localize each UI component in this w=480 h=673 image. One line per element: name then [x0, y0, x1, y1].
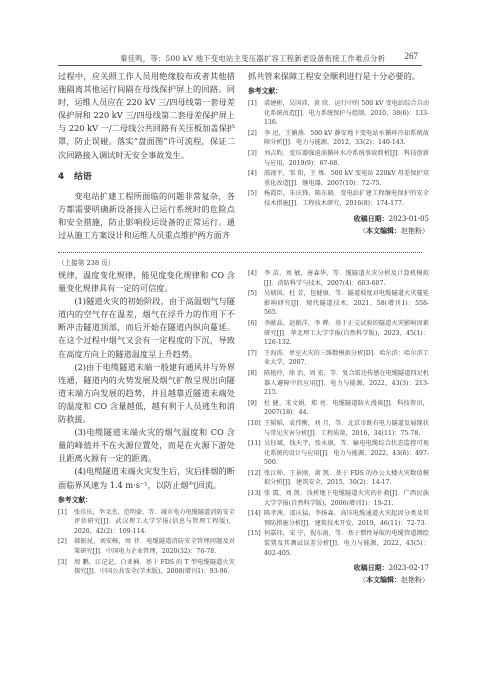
conclusion-continued: 抓共管来保障工程安全顺利进行是十分必要的。	[248, 70, 429, 83]
article1-left-column: 过程中，应关照工作人员用绝缘胶布或者其他措施隔离其他运行间隔在母线保护屏上的回路…	[58, 70, 235, 242]
article2-right-column: [4]李 苗，刘 敏，唐森华，等．缆隧道火灾分析及计算机模拟[J]．消防科学与技…	[248, 269, 429, 586]
received-date: 收稿日期：2023-01-05	[248, 213, 429, 225]
received-date: 收稿日期：2023-02-17	[248, 562, 429, 574]
section-number: 4	[58, 172, 64, 182]
references-heading: 参考文献：	[248, 86, 429, 97]
reference-item: [5]杨霞臣，朱庆锋，陈东晓．变电站扩建工程继电保护的安全技术措施[J]．工程技…	[248, 189, 429, 208]
running-title: 秦佳鸣，等：500 kV 地下变电站主变压器扩容工程新老设备衔接工作难点分析	[120, 53, 385, 64]
header-rule	[58, 65, 422, 66]
reference-item: [4]邵视平，邹 阳，王 炼．500 kV 变电站 220kV 母差保护双重化改…	[248, 169, 429, 188]
reference-list: [1]裘建彬，吴国沛，黄 欣．运行中的 500 kV 变电站综合自动化系统改造[…	[248, 99, 429, 209]
reference-item: [2]李 迅，王媚燕．500 kV 静安地下变电站水循环冷却系统故障分析[J]．…	[248, 129, 429, 148]
reference-item: [8]陈艳玲，徐 治，周 宏，等．复合雷达传感在电缆隧道四足机器人避障中的应用[…	[248, 369, 429, 398]
editor-credit: （本文编辑：赵艳粉）	[248, 574, 429, 586]
reference-item: [10]王韬韬，袁伟衡，刘 月，等．北京市既有电力隧道发展现状与常见灾害分析[J…	[248, 419, 429, 438]
body-paragraph: (2)由于电缆隧道末端一般建有通风井与外界连通，隧道内的火势发展及烟气扩散呈现出…	[58, 361, 235, 426]
page-number: 267	[405, 51, 419, 61]
reference-item: [5]吴炳国，杜 芳，包健康，等．隧道坡度对电缆隧道火灾蔓延影响研究[J]．现代…	[248, 289, 429, 318]
section-heading: 4结语	[58, 171, 235, 184]
reference-item: [7]王海涛．单室火灾的三维数模拟分析[D]．哈尔滨：哈尔滨工业大学，2007.	[248, 349, 429, 368]
article1-right-column: 抓共管来保障工程安全顺利进行是十分必要的。 参考文献： [1]裘建彬，吴国沛，黄…	[248, 70, 429, 237]
reference-item: [11]吴钰斌，钱天宇，张永康，等．输电电缆综合状态监控可视化系统的设计与应用[…	[248, 439, 429, 468]
reference-item: [2]郝振昆，刘安畅，周 菲．电缆隧道消防安全管理问题及对策研究[J]．中国电力…	[58, 537, 235, 556]
reference-item: [15]何嘉玮，宋 宁，倪东雨，等．基于惯性导航的电缆管道测绘装置及其测试误差分…	[248, 529, 429, 558]
conclusion-paragraph: 变电站扩建工程所面临的问题非常复杂，各方都需要明确新设备接入已运行系统时的危险点…	[58, 190, 235, 242]
reference-list: [1]张佳庆，李文杰，范明豪，等．城市电力电缆隧道消防安全评估研究[J]．武汉理…	[58, 508, 235, 577]
section-title: 结语	[74, 172, 92, 182]
body-paragraph: (1)隧道火灾的初始阶段，由于高温烟气与隧道内的空气存在温差，烟气在浮升力的作用…	[58, 295, 235, 360]
article2-left-column: 规律，温度变化规律，能见度变化规律和 CO 含量变化规律具有一定的可信度。 (1…	[58, 269, 235, 578]
reference-item: [1]裘建彬，吴国沛，黄 欣．运行中的 500 kV 变电站综合自动化系统改造[…	[248, 99, 429, 128]
reference-item: [4]李 苗，刘 敏，唐森华，等．缆隧道火灾分析及计算机模拟[J]．消防科学与技…	[248, 269, 429, 288]
reference-item: [6]李献晶，赵振洋，李 晔．基于正交试验的隧道火灾影响因素研究[J]．华北理工…	[248, 319, 429, 348]
reference-list: [4]李 苗，刘 敏，唐森华，等．缆隧道火灾分析及计算机模拟[J]．消防科学与技…	[248, 269, 429, 558]
body-paragraph: 过程中，应关照工作人员用绝缘胶布或者其他措施隔离其他运行间隔在母线保护屏上的回路…	[58, 70, 235, 162]
article-separator	[58, 252, 422, 253]
reference-item: [1]张佳庆，李文杰，范明豪，等．城市电力电缆隧道消防安全评估研究[J]．武汉理…	[58, 508, 235, 537]
reference-item: [9]杜 健，宋文娟，郑 亮．电缆隧道防火漫谈[J]．科技资讯，2007(18)…	[248, 399, 429, 418]
reference-item: [12]张江帅，王景刚，萧 凯．基于 FDS 的办公大楼火灾数值模拟分析[J]．…	[248, 469, 429, 488]
reference-item: [14]陈孝茜，邵庆猛，李扬森．高压电缆通道火灾起因分类及其预防措施分析[J]．…	[248, 509, 429, 528]
continued-from-note: （上接第 238 页）	[58, 257, 114, 267]
reference-item: [13]张 震，刘 凯．浅析地下电缆隧道火灾的扑救[J]．广西民族大学学报(自然…	[248, 489, 429, 508]
references-heading: 参考文献：	[58, 495, 235, 506]
body-paragraph: (3)电缆隧道末端火灾的烟气温度和 CO 含量的峰值并不在火源位置处，而是在火源…	[58, 426, 235, 465]
body-paragraph: 规律，温度变化规律，能见度变化规律和 CO 含量变化规律具有一定的可信度。	[58, 269, 235, 295]
body-paragraph: (4)电缆隧道末端火灾发生后，灾后排烟的断面临界风速为 1.4 m·s⁻¹，以防…	[58, 465, 235, 491]
reference-item: [3]刘吉昀．变压器强迫油循环水冷系统事故简析[J]．科技创新与应用，2019(…	[248, 149, 429, 168]
running-header: 秦佳鸣，等：500 kV 地下变电站主变压器扩容工程新老设备衔接工作难点分析 2…	[58, 50, 418, 64]
editor-credit: （本文编辑：赵艳粉）	[248, 225, 429, 237]
reference-item: [3]周 鹏，江记记，白亚楠．基于 FDS 的 T 型电缆隧道火灾探究[J]．中…	[58, 558, 235, 577]
